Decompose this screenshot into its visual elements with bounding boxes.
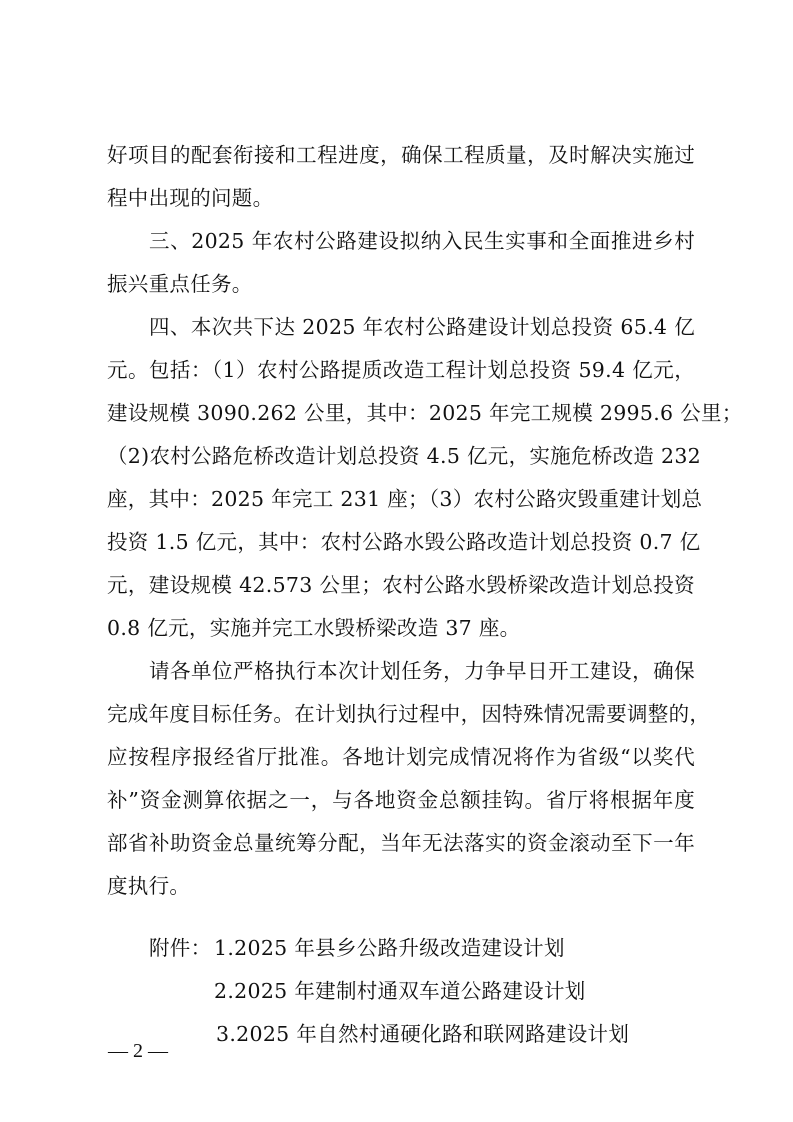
paragraph-line: 三、2025 年农村公路建设拟纳入民生实事和全面推进乡村 (107, 226, 695, 256)
paragraph-line: 建设规模 3090.262 公里，其中：2025 年完工规模 2995.6 公里… (107, 398, 695, 428)
paragraph-line: （2)农村公路危桥改造计划总投资 4.5 亿元，实施危桥改造 232 (107, 441, 695, 471)
attachments-label: 附件： (149, 933, 211, 963)
paragraph-line: 0.8 亿元，实施并完工水毁桥梁改造 37 座。 (107, 613, 520, 643)
attachment-item: 2.2025 年建制村通双车道公路建设计划 (214, 976, 586, 1006)
paragraph-line: 四、本次共下达 2025 年农村公路建设计划总投资 65.4 亿 (107, 312, 695, 342)
paragraph-line: 请各单位严格执行本次计划任务，力争早日开工建设，确保 (107, 656, 695, 686)
paragraph-line: 应按程序报经省厅批准。各地计划完成情况将作为省级“以奖代 (107, 742, 695, 772)
paragraph-line: 元，建设规模 42.573 公里；农村公路水毁桥梁改造计划总投资 (107, 570, 695, 600)
paragraph-line: 振兴重点任务。 (107, 269, 253, 299)
paragraph-line: 补”资金测算依据之一，与各地资金总额挂钩。省厅将根据年度 (107, 785, 695, 815)
page-number: — 2 — (108, 1040, 168, 1062)
paragraph-line: 好项目的配套衔接和工程进度，确保工程质量，及时解决实施过 (107, 140, 695, 170)
paragraph-line: 元。包括：（1）农村公路提质改造工程计划总投资 59.4 亿元， (107, 355, 695, 385)
paragraph-line: 座，其中：2025 年完工 231 座；（3）农村公路灾毁重建计划总 (107, 484, 695, 514)
paragraph-line: 投资 1.5 亿元，其中：农村公路水毁公路改造计划总投资 0.7 亿 (107, 527, 695, 557)
paragraph-line: 度执行。 (107, 871, 190, 901)
attachment-item: 3.2025 年自然村通硬化路和联网路建设计划 (216, 1019, 629, 1049)
paragraph-line: 部省补助资金总量统筹分配，当年无法落实的资金滚动至下一年 (107, 828, 695, 858)
paragraph-line: 程中出现的问题。 (107, 183, 273, 213)
attachment-item: 1.2025 年县乡公路升级改造建设计划 (214, 933, 565, 963)
paragraph-line: 完成年度目标任务。在计划执行过程中，因特殊情况需要调整的， (107, 699, 695, 729)
